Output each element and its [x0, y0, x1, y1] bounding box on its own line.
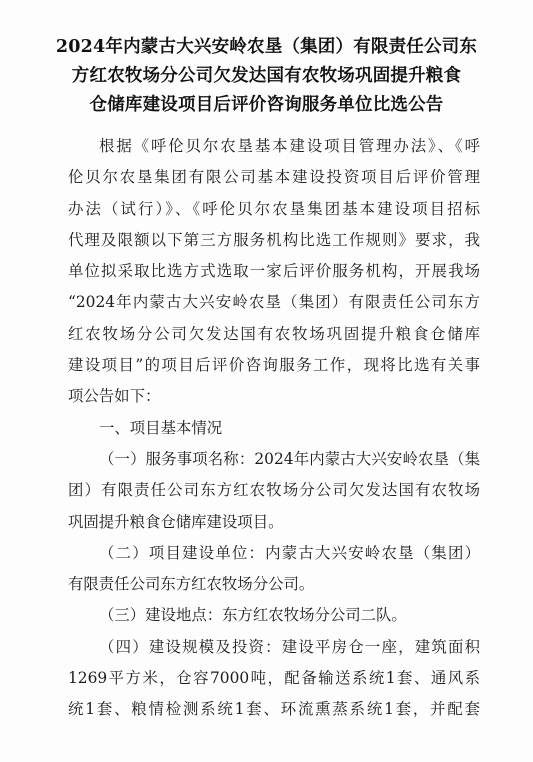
title-line-1: 2024年内蒙古大兴安岭农垦（集团）有限责任公司东	[40, 33, 493, 62]
item-4-scale-investment-line: 统1套、粮情检测系统1套、环流熏蒸系统1套，并配套	[68, 694, 480, 725]
intro-paragraph-line: 红农牧场分公司欠发达国有农牧场巩固提升粮食仓储库	[68, 319, 480, 350]
item-1-service-name-line: 团）有限责任公司东方红农牧场分公司欠发达国有农牧场	[68, 475, 480, 506]
item-3-location-line: （三）建设地点：东方红农牧场分公司二队。	[68, 600, 480, 631]
announcement-title: 2024年内蒙古大兴安岭农垦（集团）有限责任公司东 方红农牧场分公司欠发达国有农…	[40, 33, 493, 120]
intro-paragraph-line: 办法（试行）》、《呼伦贝尔农垦集团基本建设项目招标	[68, 194, 480, 225]
section-heading-project-basics: 一、项目基本情况	[68, 413, 480, 444]
item-4-scale-investment-line: （四）建设规模及投资：建设平房仓一座，建筑面积	[68, 632, 480, 663]
item-1-service-name-line: （一）服务事项名称：2024年内蒙古大兴安岭农垦（集	[68, 444, 480, 475]
intro-paragraph-line: 单位拟采取比选方式选取一家后评价服务机构，开展我场	[68, 256, 480, 287]
intro-paragraph-line: “2024年内蒙古大兴安岭农垦（集团）有限责任公司东方	[68, 287, 480, 318]
title-line-2: 方红农牧场分公司欠发达国有农牧场巩固提升粮食	[40, 62, 493, 91]
intro-paragraph-line: 项公告如下：	[68, 381, 480, 412]
item-1-service-name-line: 巩固提升粮食仓储库建设项目。	[68, 507, 480, 538]
title-line-3: 仓储库建设项目后评价咨询服务单位比选公告	[40, 91, 493, 120]
item-4-scale-investment-line: 1269平方米，仓容7000吨，配备输送系统1套、通风系	[68, 663, 480, 694]
intro-paragraph-line: 建设项目”的项目后评价咨询服务工作，现将比选有关事	[68, 350, 480, 381]
item-2-construction-unit-line: （二）项目建设单位：内蒙古大兴安岭农垦（集团）	[68, 538, 480, 569]
announcement-body: 根据《呼伦贝尔农垦基本建设项目管理办法》、《呼 伦贝尔农垦集团有限公司基本建设投…	[68, 131, 480, 726]
intro-paragraph-line: 根据《呼伦贝尔农垦基本建设项目管理办法》、《呼	[68, 131, 480, 162]
item-2-construction-unit-line: 有限责任公司东方红农牧场分公司。	[68, 569, 480, 600]
document-page: 2024年内蒙古大兴安岭农垦（集团）有限责任公司东 方红农牧场分公司欠发达国有农…	[0, 0, 533, 762]
intro-paragraph-line: 代理及限额以下第三方服务机构比选工作规则》要求，我	[68, 225, 480, 256]
intro-paragraph-line: 伦贝尔农垦集团有限公司基本建设投资项目后评价管理	[68, 162, 480, 193]
